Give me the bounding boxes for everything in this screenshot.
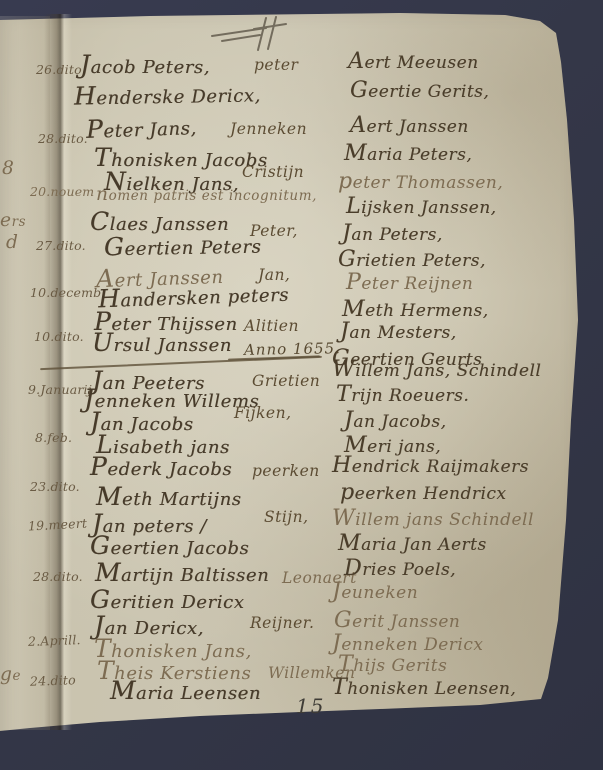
entry-child-name: Cristijn <box>242 163 304 181</box>
entry-witness1: Peter Reijnen <box>346 269 473 295</box>
entry-parent2: Geertien Peters <box>104 230 262 262</box>
entry-child-name: Peter, <box>250 222 298 240</box>
entry-witness1: Aert Janssen <box>350 112 469 138</box>
entry-witness2: Maria Jan Aerts <box>338 530 487 556</box>
entry-parent2: Geertien Jacobs <box>90 531 249 560</box>
entry-witness2: Jeuneken <box>332 578 418 604</box>
entry-witness1: Willem Jans, Schindell <box>332 356 541 382</box>
manuscript-photo: 8 ers d ge 26.dito Jacob Peters, peter H… <box>0 0 603 770</box>
entry-date: 10.dito. <box>34 329 84 344</box>
entry-witness1: Willem jans Schindell <box>332 505 534 531</box>
edge-fragment: d <box>6 232 19 253</box>
entry-parent2: Meth Martijns <box>96 482 242 511</box>
entry-date: 26.dito <box>36 62 82 77</box>
entry-date: 19.meert <box>28 515 88 533</box>
gutter-fold <box>44 14 72 730</box>
entry-parent2: Geritien Dericx <box>90 585 245 614</box>
entry-witness1: Jan Jacobs, <box>344 407 447 433</box>
entry-date: 2.Aprill. <box>28 632 81 649</box>
entry-date: 27.dito. <box>36 238 86 253</box>
entry-witness1: Jan Peters, <box>342 220 443 246</box>
entry-child-name: peerken <box>252 462 320 480</box>
entry-date: 24.dito <box>30 672 76 689</box>
entry-parent2: Henderske Dericx, <box>74 78 261 110</box>
entry-date: 8.feb. <box>35 430 72 445</box>
entry-date: 23.dito. <box>30 479 80 494</box>
edge-fragment: ge <box>0 664 21 685</box>
hatch-scribble-icon <box>208 14 294 54</box>
edge-fragment: 8 <box>2 158 14 179</box>
page-number: 15 <box>296 694 325 718</box>
entry-witness2: Lijsken Janssen, <box>346 193 497 219</box>
entry-parent1: Jacob Peters, <box>80 50 210 79</box>
entry-witness1: Hendrick Raijmakers <box>332 452 529 478</box>
edge-fragment: ers <box>0 210 26 231</box>
entry-witness1: peter Thomassen, <box>338 168 503 194</box>
entry-witness1: Jan Mesters, <box>340 318 457 344</box>
entry-note: nomen patris est incognitum, <box>96 184 317 205</box>
entry-date: 28.dito. <box>33 569 83 584</box>
entry-child-name: peter <box>254 56 298 74</box>
entry-child-name: Jenneken <box>230 120 307 138</box>
entry-date: 10.decemb <box>30 285 101 300</box>
entry-child-name: Stijn, <box>264 508 309 526</box>
entry-date: 28.dito. <box>38 131 88 146</box>
entry-witness1: Aert Meeusen <box>348 48 479 74</box>
entry-child-name: Grietien <box>252 372 320 390</box>
entry-date: 9.Januarij <box>28 382 92 397</box>
entry-parent1: Peter Jans, <box>86 111 198 144</box>
entry-parent2: Ursul Janssen <box>92 328 232 357</box>
entry-child-name: Reijner. <box>250 614 314 632</box>
entry-parent1: Martijn Baltissen <box>95 558 269 587</box>
entry-witness2: Trijn Roeuers. <box>336 381 469 407</box>
entry-witness2: Geertie Gerits, <box>350 77 489 103</box>
entry-witness2: peerken Hendricx <box>340 479 507 505</box>
entry-child-name: Alitien <box>244 317 299 335</box>
entry-date: 20.nouem <box>30 184 94 199</box>
previous-page-edge <box>0 16 50 730</box>
entry-parent1: Pederk Jacobs <box>90 452 232 481</box>
entry-witness2: Maria Peters, <box>344 140 472 166</box>
entry-parent2: Maria Leensen <box>110 676 261 705</box>
entry-child-name: Fijken, <box>234 404 292 422</box>
entry-witness2: Thonisken Leensen, <box>332 674 516 700</box>
